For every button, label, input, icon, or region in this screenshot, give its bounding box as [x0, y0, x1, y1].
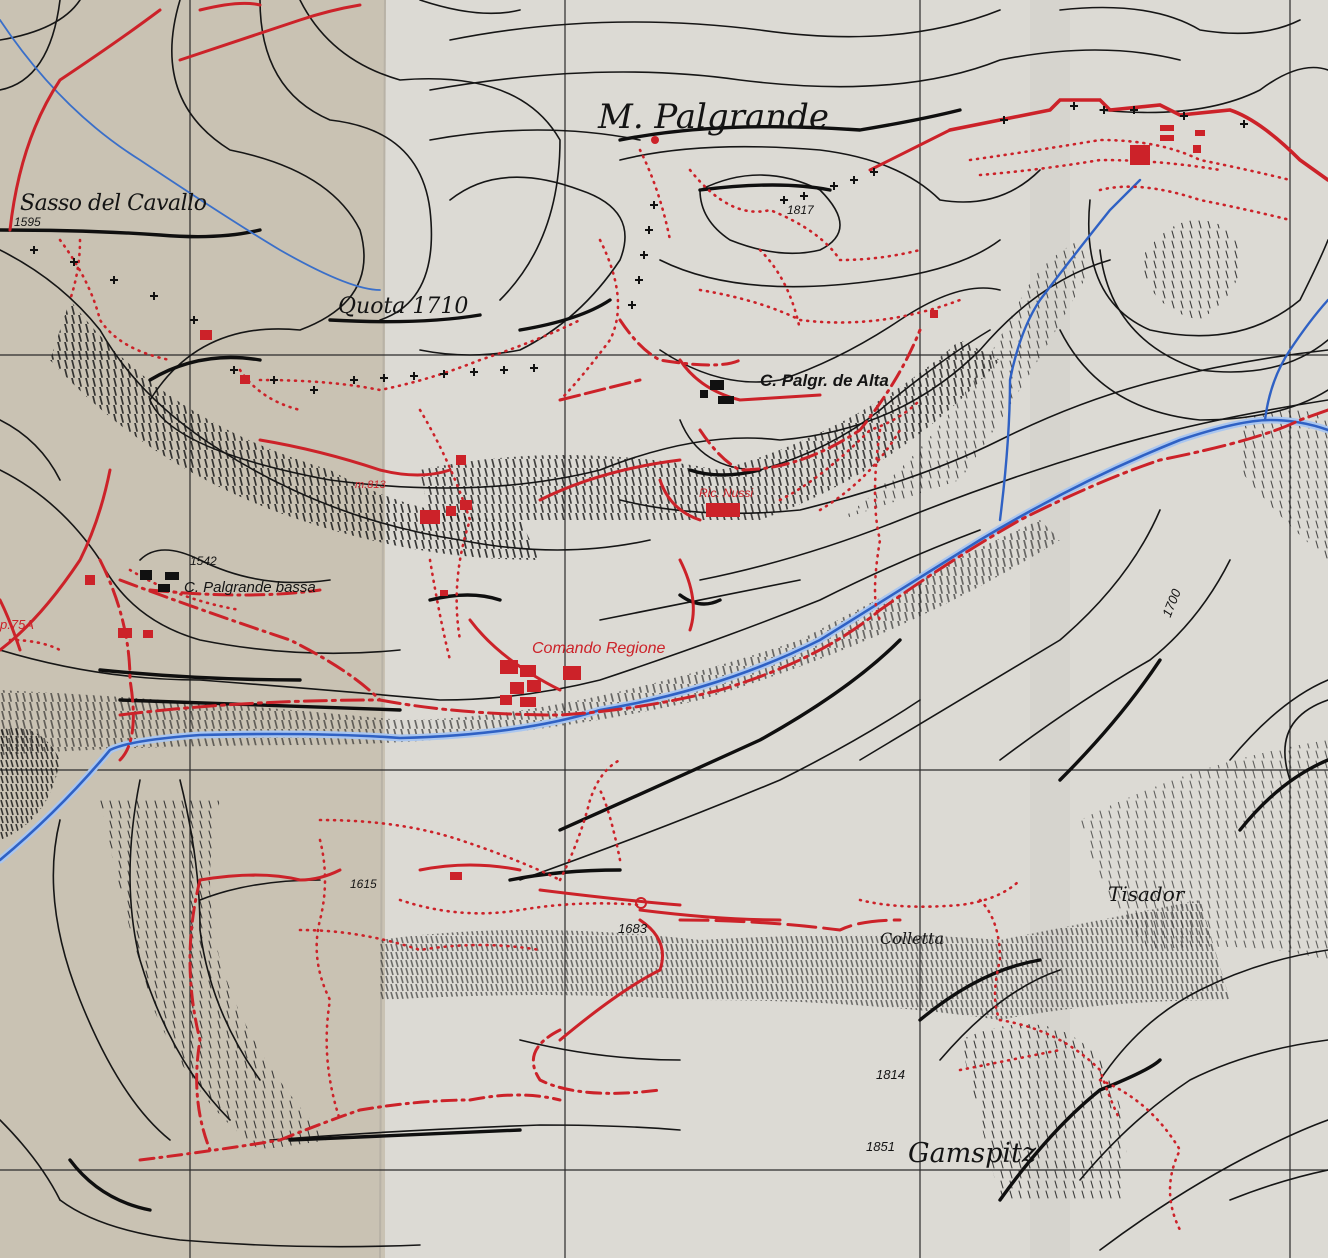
- map-drawing: [0, 0, 1328, 1258]
- elevation-1595: 1595: [14, 216, 41, 228]
- elevation-1542: 1542: [190, 555, 217, 567]
- label-marker-m813: m.813: [355, 480, 386, 491]
- elevation-1817: 1817: [787, 204, 814, 216]
- elevation-1851: 1851: [866, 1140, 895, 1153]
- topographic-map: M. Palgrande Sasso del Cavallo Quota 171…: [0, 0, 1328, 1258]
- label-colletta: Colletta: [880, 931, 944, 947]
- elevation-1683: 1683: [618, 922, 647, 935]
- elevation-1615: 1615: [350, 878, 377, 890]
- label-ric-nussi: Ric. Nussi: [699, 487, 753, 499]
- label-marker-75a: p.75A: [0, 618, 34, 631]
- label-sasso-del-cavallo: Sasso del Cavallo: [20, 193, 206, 215]
- label-tisador: Tisador: [1108, 884, 1184, 904]
- label-c-palgrande-bassa: C. Palgrande bassa: [184, 580, 316, 595]
- label-m-palgrande: M. Palgrande: [598, 100, 829, 134]
- label-quota-1710: Quota 1710: [338, 296, 468, 318]
- elevation-1814: 1814: [876, 1068, 905, 1081]
- label-c-palgrande-alta: C. Palgr. de Alta: [760, 372, 889, 389]
- label-comando-reggimento: Comando Regione: [532, 641, 665, 657]
- label-gamspitz: Gamspitz: [908, 1140, 1036, 1167]
